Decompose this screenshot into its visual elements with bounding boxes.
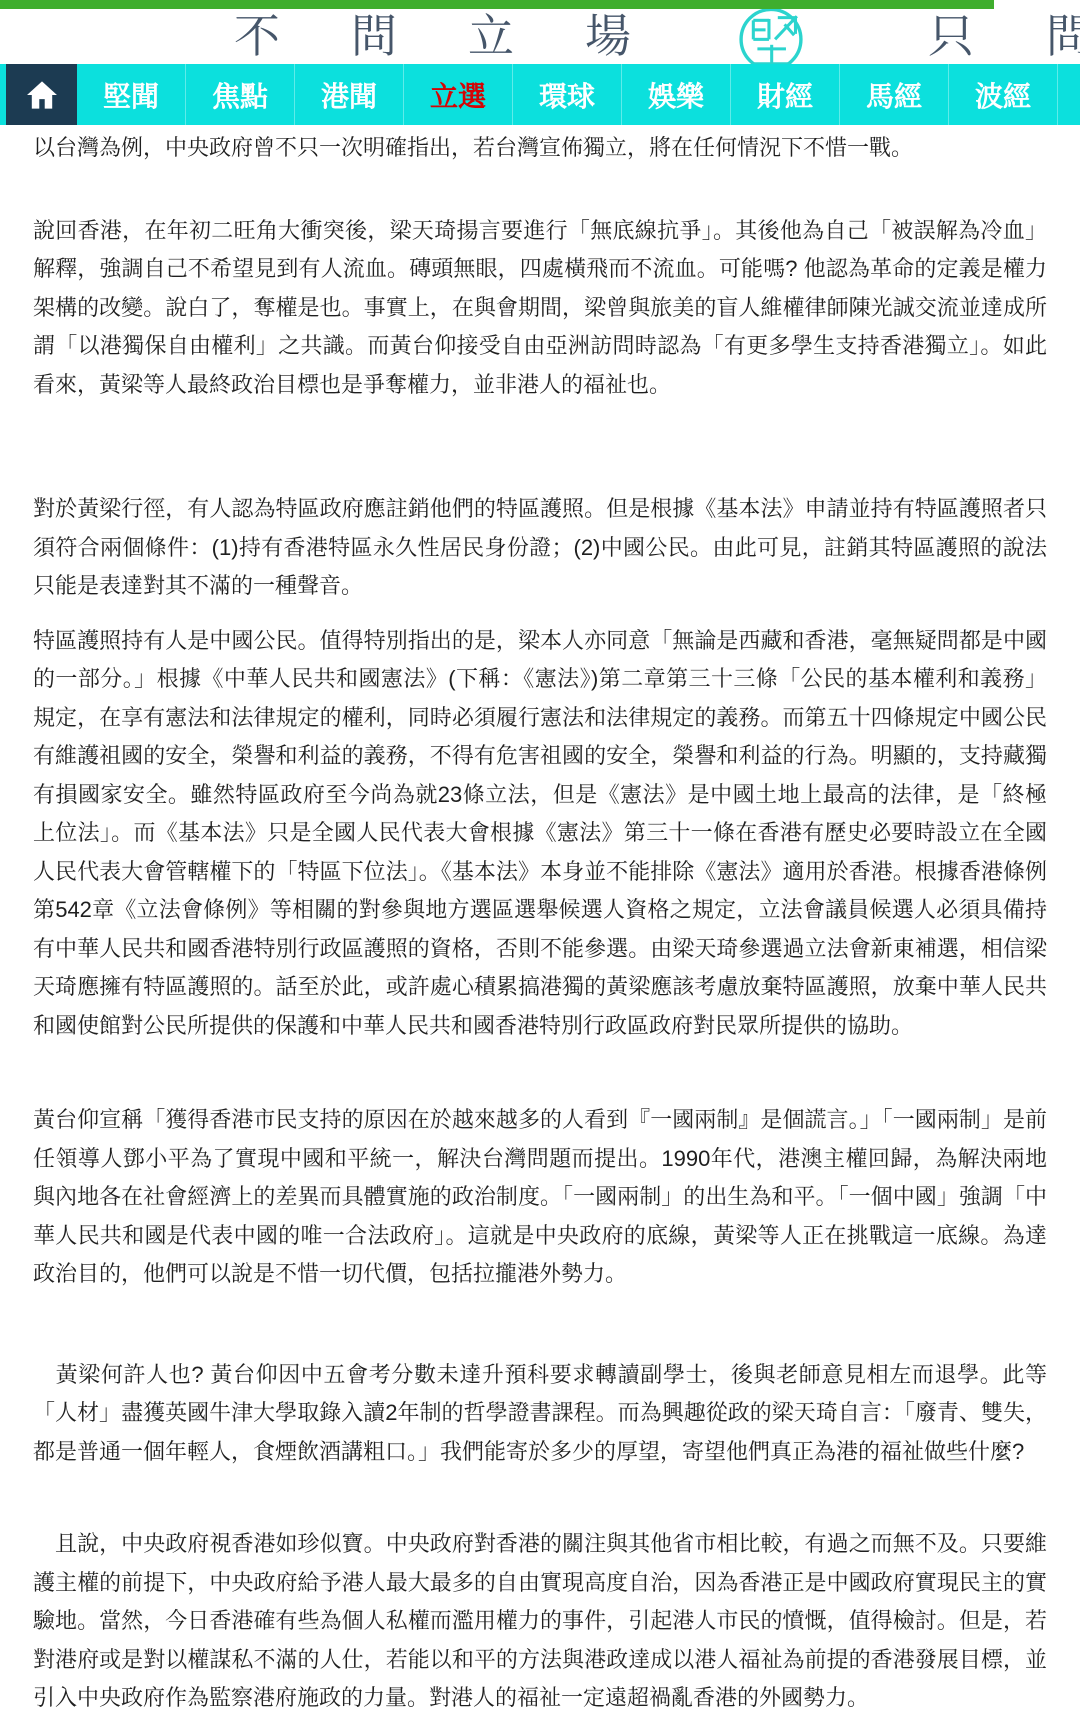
article-paragraph-6: 黃梁何許人也? 黃台仰因中五會考分數未達升預科要求轉讀副學士，後與老師意見相左而… — [33, 1356, 1047, 1472]
nav-item-horse-racing[interactable]: 馬經 — [839, 64, 948, 125]
slogan-char: 問 — [349, 11, 399, 61]
nav-item-legco-election-active[interactable]: 立選 — [403, 64, 512, 125]
nav-item-finance[interactable]: 財經 — [730, 64, 839, 125]
home-icon — [25, 78, 59, 112]
nav-item-soccer[interactable]: 波經 — [948, 64, 1057, 125]
slogan-char: 問 — [1044, 11, 1080, 61]
nav-item-focus[interactable]: 焦點 — [185, 64, 294, 125]
nav-item-global[interactable]: 環球 — [512, 64, 621, 125]
slogan-char: 只 — [926, 11, 976, 61]
article-paragraph-3: 對於黃梁行徑，有人認為特區政府應註銷他們的特區護照。但是根據《基本法》申請並持有… — [33, 490, 1047, 606]
article-paragraph-4: 特區護照持有人是中國公民。值得特別指出的是，梁本人亦同意「無論是西藏和香港，毫無… — [33, 622, 1047, 1046]
article-paragraph-1: 以台灣為例，中央政府曾不只一次明確指出，若台灣宣佈獨立，將在任何情況下不惜一戰。 — [33, 129, 1047, 168]
nav-item-kin-news[interactable]: 堅聞 — [77, 64, 185, 125]
slogan-char: 不 — [232, 11, 282, 61]
nav-item-hk-news[interactable]: 港聞 — [294, 64, 403, 125]
slogan-char: 立 — [466, 11, 516, 61]
article-paragraph-2: 說回香港，在年初二旺角大衝突後，梁天琦揚言要進行「無底線抗爭」。其後他為自己「被… — [33, 212, 1047, 405]
nav-item-partial[interactable]: 堅 — [1057, 64, 1080, 125]
nav-item-entertainment[interactable]: 娛樂 — [621, 64, 730, 125]
article-body: 以台灣為例，中央政府曾不只一次明確指出，若台灣宣佈獨立，將在任何情況下不惜一戰。… — [0, 125, 1080, 1718]
home-button[interactable] — [6, 64, 77, 125]
site-logo-icon[interactable] — [737, 4, 805, 72]
article-paragraph-7: 且說，中央政府視香港如珍似寶。中央政府對香港的關注與其他省市相比較，有過之而無不… — [33, 1525, 1047, 1718]
main-nav: 堅聞 焦點 港聞 立選 環球 娛樂 財經 馬經 波經 堅 — [0, 64, 1080, 125]
site-header: 不 問 立 場 — [0, 9, 1080, 64]
loading-progress-bar — [0, 0, 994, 9]
article-paragraph-5: 黃台仰宣稱「獲得香港市民支持的原因在於越來越多的人看到『一國兩制』是個謊言。」「… — [33, 1101, 1047, 1294]
slogan-char: 場 — [583, 11, 633, 61]
page: 不 問 立 場 — [0, 0, 1080, 1726]
